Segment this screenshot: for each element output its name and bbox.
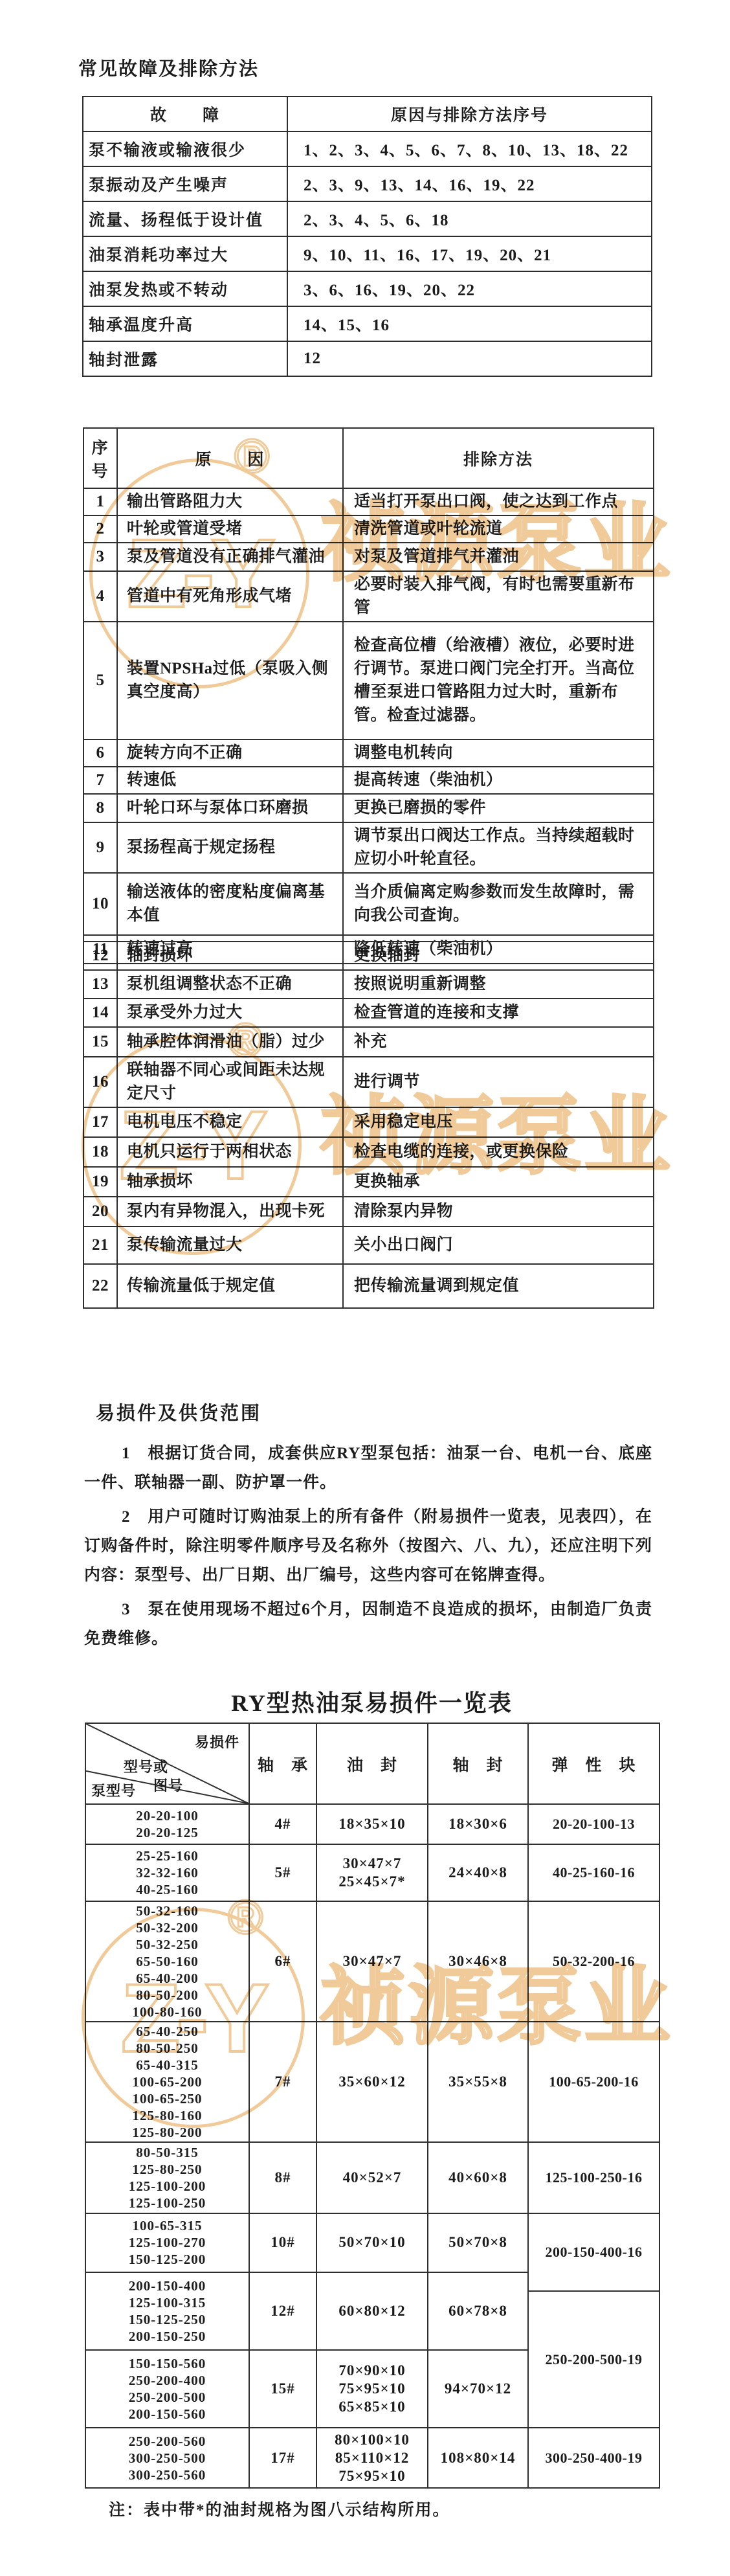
supply-paragraph: 1 根据订货合同，成套供应RY型泵包括：油泵一台、电机一台、底座一件、联轴器一副… [84, 1439, 652, 1497]
cause-remedy-row: 17电机电压不稳定采用稳定电压 [83, 1107, 654, 1137]
elastic-block-cell: 40-25-160-16 [528, 1844, 659, 1901]
pump-models-cell: 150-150-560250-200-400250-200-500200-150… [85, 2350, 249, 2428]
cause-remedy-row: 5装置NPSHa过低（泵吸入侧真空度高）检查高位槽（给液槽）液位，必要时进行调节… [83, 622, 654, 740]
cause-remedy-row: 21泵传输流量过大关小出口阀门 [83, 1226, 654, 1264]
cause-table-header-row: 序号 原 因 排除方法 [83, 428, 654, 488]
cause-cell: 泵传输流量过大 [117, 1226, 343, 1264]
parts-row: 80-50-315125-80-250125-100-200125-100-25… [85, 2142, 659, 2213]
row-number-cell: 19 [83, 1167, 117, 1197]
numbers-cell: 3、6、16、19、20、22 [287, 271, 652, 306]
oil-seal-cell: 30×47×725×45×7* [316, 1844, 428, 1901]
cause-remedy-table-part1: 序号 原 因 排除方法 1输出管路阻力大适当打开泵出口阀，使之达到工作点2叶轮或… [83, 427, 654, 964]
corner-label-model-line1: 型号或 [124, 1756, 168, 1776]
bearing-cell: 10# [249, 2213, 316, 2272]
footnote: 注：表中带*的油封规格为图八示结构所用。 [109, 2497, 450, 2520]
corner-label-pump-model: 泵型号 [91, 1780, 136, 1800]
bearing-column-header: 轴 承 [249, 1723, 316, 1804]
method-cell: 更换轴承 [343, 1167, 654, 1197]
method-cell: 关小出口阀门 [343, 1226, 654, 1264]
cause-remedy-row: 4管道中有死角形成气堵必要时装入排气阀，有时也需要重新布管 [83, 571, 654, 622]
elastic-block-cell: 20-20-100-13 [528, 1804, 659, 1844]
elastic-block-cell: 125-100-250-16 [528, 2142, 659, 2213]
numbers-cell: 9、10、11、16、17、19、20、21 [287, 236, 652, 271]
oil-seal-cell: 18×35×10 [316, 1804, 428, 1844]
cause-cell: 泵承受外力过大 [117, 999, 343, 1027]
cause-remedy-row: 1输出管路阻力大适当打开泵出口阀，使之达到工作点 [83, 488, 654, 515]
cause-cell: 泵机组调整状态不正确 [117, 970, 343, 999]
cause-cell: 转速低 [117, 767, 343, 794]
fault-cell: 轴封泄露 [83, 341, 287, 376]
shaft-seal-cell: 94×70×12 [428, 2350, 528, 2428]
fault-row: 油泵消耗功率过大9、10、11、16、17、19、20、21 [83, 236, 652, 271]
bearing-cell: 15# [249, 2350, 316, 2428]
oil-seal-cell: 30×47×7 [316, 1901, 428, 2022]
oil-seal-cell: 50×70×10 [316, 2213, 428, 2272]
cause-cell: 轴封损坏 [117, 942, 343, 970]
parts-row: 25-25-16032-32-16040-25-1605#30×47×725×4… [85, 1844, 659, 1901]
pump-models-cell: 50-32-16050-32-20050-32-25065-50-16065-4… [85, 1901, 249, 2022]
row-number-cell: 3 [83, 543, 117, 571]
cause-cell: 叶轮口环与泵体口环磨损 [117, 794, 343, 822]
bearing-cell: 5# [249, 1844, 316, 1901]
cause-cell: 泵内有异物混入，出现卡死 [117, 1197, 343, 1226]
method-cell: 把传输流量调到规定值 [343, 1264, 654, 1308]
shaft-seal-cell: 60×78×8 [428, 2272, 528, 2351]
cause-remedy-row: 18电机只运行于两相状态检查电缆的连接，或更换保险 [83, 1137, 654, 1167]
cause-remedy-row: 16联轴器不同心或间距未达规定尺寸进行调节 [83, 1057, 654, 1107]
elastic-block-cell: 200-150-400-16 [529, 2214, 659, 2292]
numbers-cell: 14、15、16 [287, 306, 652, 341]
pump-models-cell: 100-65-315125-100-270150-125-200 [85, 2213, 249, 2272]
row-number-cell: 14 [83, 999, 117, 1027]
method-cell: 更换轴封 [343, 942, 654, 970]
method-cell: 调整电机转向 [343, 740, 654, 767]
fault-summary-table: 故 障 原因与排除方法序号 泵不输液或输液很少1、2、3、4、5、6、7、8、1… [82, 96, 652, 377]
method-cell: 提高转速（柴油机） [343, 767, 654, 794]
cause-remedy-row: 8叶轮口环与泵体口环磨损更换已磨损的零件 [83, 794, 654, 822]
fault-column-header: 故 障 [83, 96, 287, 131]
fault-row: 油泵发热或不转动3、6、16、19、20、22 [83, 271, 652, 306]
row-number-cell: 18 [83, 1137, 117, 1167]
supply-paragraphs: 1 根据订货合同，成套供应RY型泵包括：油泵一台、电机一台、底座一件、联轴器一副… [84, 1439, 652, 1658]
method-cell: 适当打开泵出口阀，使之达到工作点 [343, 488, 654, 515]
method-cell: 更换已磨损的零件 [343, 794, 654, 822]
row-number-cell: 2 [83, 515, 117, 543]
parts-row: 65-40-25080-50-25065-40-315100-65-200100… [85, 2022, 659, 2142]
document-page: ® Z-Y 祯源泵业 ® Z-Y 祯源泵业 ® Z-Y 祯源泵业 常见故障及排除… [0, 0, 730, 2576]
cause-cell: 装置NPSHa过低（泵吸入侧真空度高） [117, 622, 343, 740]
bearing-cell: 8# [249, 2142, 316, 2213]
fault-row: 轴承温度升高14、15、16 [83, 306, 652, 341]
parts-row: 20-20-10020-20-1254#18×35×1018×30×620-20… [85, 1804, 659, 1844]
method-cell: 检查电缆的连接，或更换保险 [343, 1137, 654, 1167]
oil-seal-column-header: 油 封 [316, 1723, 428, 1804]
cause-cell: 轴承腔体润滑油（脂）过少 [117, 1027, 343, 1057]
method-cell: 必要时装入排气阀，有时也需要重新布管 [343, 571, 654, 622]
parts-row: 250-200-560300-250-500300-250-56017#80×1… [85, 2428, 659, 2488]
method-cell: 采用稳定电压 [343, 1107, 654, 1137]
cause-cell: 叶轮或管道受堵 [117, 515, 343, 543]
cause-remedy-row: 20泵内有异物混入，出现卡死清除泵内异物 [83, 1197, 654, 1226]
fault-cell: 泵振动及产生噪声 [83, 166, 287, 201]
row-number-cell: 13 [83, 970, 117, 999]
fault-table-header-row: 故 障 原因与排除方法序号 [83, 96, 652, 131]
shaft-seal-cell: 24×40×8 [428, 1844, 528, 1901]
row-number-cell: 10 [83, 873, 117, 935]
pump-models-cell: 25-25-16032-32-16040-25-160 [85, 1844, 249, 1901]
fault-cell: 油泵消耗功率过大 [83, 236, 287, 271]
oil-seal-cell: 70×90×1075×95×1065×85×10 [316, 2350, 428, 2428]
pump-models-cell: 250-200-560300-250-500300-250-560 [85, 2428, 249, 2488]
oil-seal-cell: 35×60×12 [316, 2022, 428, 2142]
cause-remedy-row: 22传输流量低于规定值把传输流量调到规定值 [83, 1264, 654, 1308]
method-cell: 进行调节 [343, 1057, 654, 1107]
cause-remedy-row: 10输送液体的密度粘度偏离基本值当介质偏离定购参数而发生故障时，需向我公司查询。 [83, 873, 654, 935]
numbers-cell: 2、3、4、5、6、18 [287, 201, 652, 236]
fault-cell: 油泵发热或不转动 [83, 271, 287, 306]
elastic-block-merged-cell: 200-150-400-16250-200-500-19 [528, 2213, 659, 2428]
cause-remedy-row: 14泵承受外力过大检查管道的连接和支撑 [83, 999, 654, 1027]
corner-cell: 易损件 型号或 图号 泵型号 [85, 1723, 249, 1804]
row-number-cell: 17 [83, 1107, 117, 1137]
cause-cell: 电机只运行于两相状态 [117, 1137, 343, 1167]
bearing-cell: 17# [249, 2428, 316, 2488]
parts-table-header-row: 易损件 型号或 图号 泵型号 轴 承 油 封 轴 封 弹 性 块 [85, 1723, 659, 1804]
parts-row: 50-32-16050-32-20050-32-25065-50-16065-4… [85, 1901, 659, 2022]
cause-remedy-row: 6旋转方向不正确调整电机转向 [83, 740, 654, 767]
cause-column-header: 原 因 [117, 428, 343, 488]
wearing-parts-table: 易损件 型号或 图号 泵型号 轴 承 油 封 轴 封 弹 性 块 20-20-1… [85, 1723, 660, 2489]
pump-models-cell: 200-150-400125-100-315150-125-250200-150… [85, 2272, 249, 2351]
method-cell: 检查管道的连接和支撑 [343, 999, 654, 1027]
cause-cell: 输送液体的密度粘度偏离基本值 [117, 873, 343, 935]
fault-cell: 轴承温度升高 [83, 306, 287, 341]
shaft-seal-cell: 18×30×6 [428, 1804, 528, 1844]
bearing-cell: 6# [249, 1901, 316, 2022]
method-cell: 当介质偏离定购参数而发生故障时，需向我公司查询。 [343, 873, 654, 935]
shaft-seal-cell: 108×80×14 [428, 2428, 528, 2488]
elastic-block-cell: 100-65-200-16 [528, 2022, 659, 2142]
bearing-cell: 12# [249, 2272, 316, 2351]
row-number-cell: 4 [83, 571, 117, 622]
row-number-cell: 21 [83, 1226, 117, 1264]
pump-models-cell: 65-40-25080-50-25065-40-315100-65-200100… [85, 2022, 249, 2142]
numbers-cell: 1、2、3、4、5、6、7、8、10、13、18、22 [287, 131, 652, 166]
fault-row: 轴封泄露12 [83, 341, 652, 376]
row-number-cell: 8 [83, 794, 117, 822]
supply-paragraph: 2 用户可随时订购油泵上的所有备件（附易损件一览表，见表四），在订购备件时，除注… [84, 1502, 652, 1590]
fault-cell: 流量、扬程低于设计值 [83, 201, 287, 236]
row-number-cell: 22 [83, 1264, 117, 1308]
cause-remedy-row: 3泵及管道没有正确排气灌油对泵及管道排气并灌油 [83, 543, 654, 571]
oil-seal-cell: 60×80×12 [316, 2272, 428, 2351]
fault-row: 流量、扬程低于设计值2、3、4、5、6、18 [83, 201, 652, 236]
oil-seal-cell: 40×52×7 [316, 2142, 428, 2213]
cause-cell: 管道中有死角形成气堵 [117, 571, 343, 622]
method-cell: 检查高位槽（给液槽）液位，必要时进行调节。泵进口阀门完全打开。当高位槽至泵进口管… [343, 622, 654, 740]
elastic-block-cell: 250-200-500-19 [529, 2292, 659, 2427]
row-number-cell: 20 [83, 1197, 117, 1226]
elastic-block-cell: 50-32-200-16 [528, 1901, 659, 2022]
cause-cell: 电机电压不稳定 [117, 1107, 343, 1137]
corner-label-model-line2: 图号 [153, 1775, 183, 1795]
cause-remedy-row: 9泵扬程高于规定扬程调节泵出口阀达工作点。当持续超载时应切小叶轮直径。 [83, 822, 654, 873]
fault-row: 泵振动及产生噪声2、3、9、13、14、16、19、22 [83, 166, 652, 201]
row-number-cell: 6 [83, 740, 117, 767]
shaft-seal-cell: 50×70×8 [428, 2213, 528, 2272]
row-number-cell: 5 [83, 622, 117, 740]
no-column-header: 序号 [83, 428, 117, 488]
method-cell: 按照说明重新调整 [343, 970, 654, 999]
method-column-header: 排除方法 [343, 428, 654, 488]
fault-cell: 泵不输液或输液很少 [83, 131, 287, 166]
shaft-seal-cell: 30×46×8 [428, 1901, 528, 2022]
method-cell: 对泵及管道排气并灌油 [343, 543, 654, 571]
supply-section-heading: 易损件及供货范围 [96, 1399, 261, 1425]
page-title: 常见故障及排除方法 [78, 54, 259, 81]
cause-remedy-row: 19轴承损坏更换轴承 [83, 1167, 654, 1197]
row-number-cell: 16 [83, 1057, 117, 1107]
cause-remedy-row: 12轴封损坏更换轴封 [83, 942, 654, 970]
method-cell: 清洗管道或叶轮流道 [343, 515, 654, 543]
cause-remedy-row: 2叶轮或管道受堵清洗管道或叶轮流道 [83, 515, 654, 543]
cause-cell: 输出管路阻力大 [117, 488, 343, 515]
row-number-cell: 15 [83, 1027, 117, 1057]
cause-remedy-row: 7转速低提高转速（柴油机） [83, 767, 654, 794]
cause-cell: 联轴器不同心或间距未达规定尺寸 [117, 1057, 343, 1107]
shaft-seal-cell: 35×55×8 [428, 2022, 528, 2142]
corner-label-parts: 易损件 [195, 1732, 239, 1752]
bearing-cell: 7# [249, 2022, 316, 2142]
cause-cell: 泵及管道没有正确排气灌油 [117, 543, 343, 571]
cause-remedy-row: 13泵机组调整状态不正确按照说明重新调整 [83, 970, 654, 999]
fault-row: 泵不输液或输液很少1、2、3、4、5、6、7、8、10、13、18、22 [83, 131, 652, 166]
supply-paragraph: 3 泵在使用现场不超过6个月，因制造不良造成的损坏，由制造厂负责免费维修。 [84, 1595, 652, 1653]
parts-table-title: RY型热油泵易损件一览表 [85, 1685, 659, 1718]
numbers-column-header: 原因与排除方法序号 [287, 96, 652, 131]
method-cell: 调节泵出口阀达工作点。当持续超载时应切小叶轮直径。 [343, 822, 654, 873]
row-number-cell: 7 [83, 767, 117, 794]
numbers-cell: 2、3、9、13、14、16、19、22 [287, 166, 652, 201]
cause-remedy-table-part2: 12轴封损坏更换轴封13泵机组调整状态不正确按照说明重新调整14泵承受外力过大检… [83, 941, 654, 1309]
cause-cell: 旋转方向不正确 [117, 740, 343, 767]
pump-models-cell: 20-20-10020-20-125 [85, 1804, 249, 1844]
cause-cell: 泵扬程高于规定扬程 [117, 822, 343, 873]
row-number-cell: 9 [83, 822, 117, 873]
oil-seal-cell: 80×100×1085×110×1275×95×10 [316, 2428, 428, 2488]
method-cell: 补充 [343, 1027, 654, 1057]
cause-remedy-row: 15轴承腔体润滑油（脂）过少补充 [83, 1027, 654, 1057]
method-cell: 清除泵内异物 [343, 1197, 654, 1226]
row-number-cell: 1 [83, 488, 117, 515]
elastic-block-column-header: 弹 性 块 [528, 1723, 659, 1804]
cause-cell: 传输流量低于规定值 [117, 1264, 343, 1308]
cause-cell: 轴承损坏 [117, 1167, 343, 1197]
elastic-block-cell: 300-250-400-19 [528, 2428, 659, 2488]
parts-row: 100-65-315125-100-270150-125-20010#50×70… [85, 2213, 659, 2272]
numbers-cell: 12 [287, 341, 652, 376]
bearing-cell: 4# [249, 1804, 316, 1844]
row-number-cell: 12 [83, 942, 117, 970]
shaft-seal-column-header: 轴 封 [428, 1723, 528, 1804]
pump-models-cell: 80-50-315125-80-250125-100-200125-100-25… [85, 2142, 249, 2213]
shaft-seal-cell: 40×60×8 [428, 2142, 528, 2213]
